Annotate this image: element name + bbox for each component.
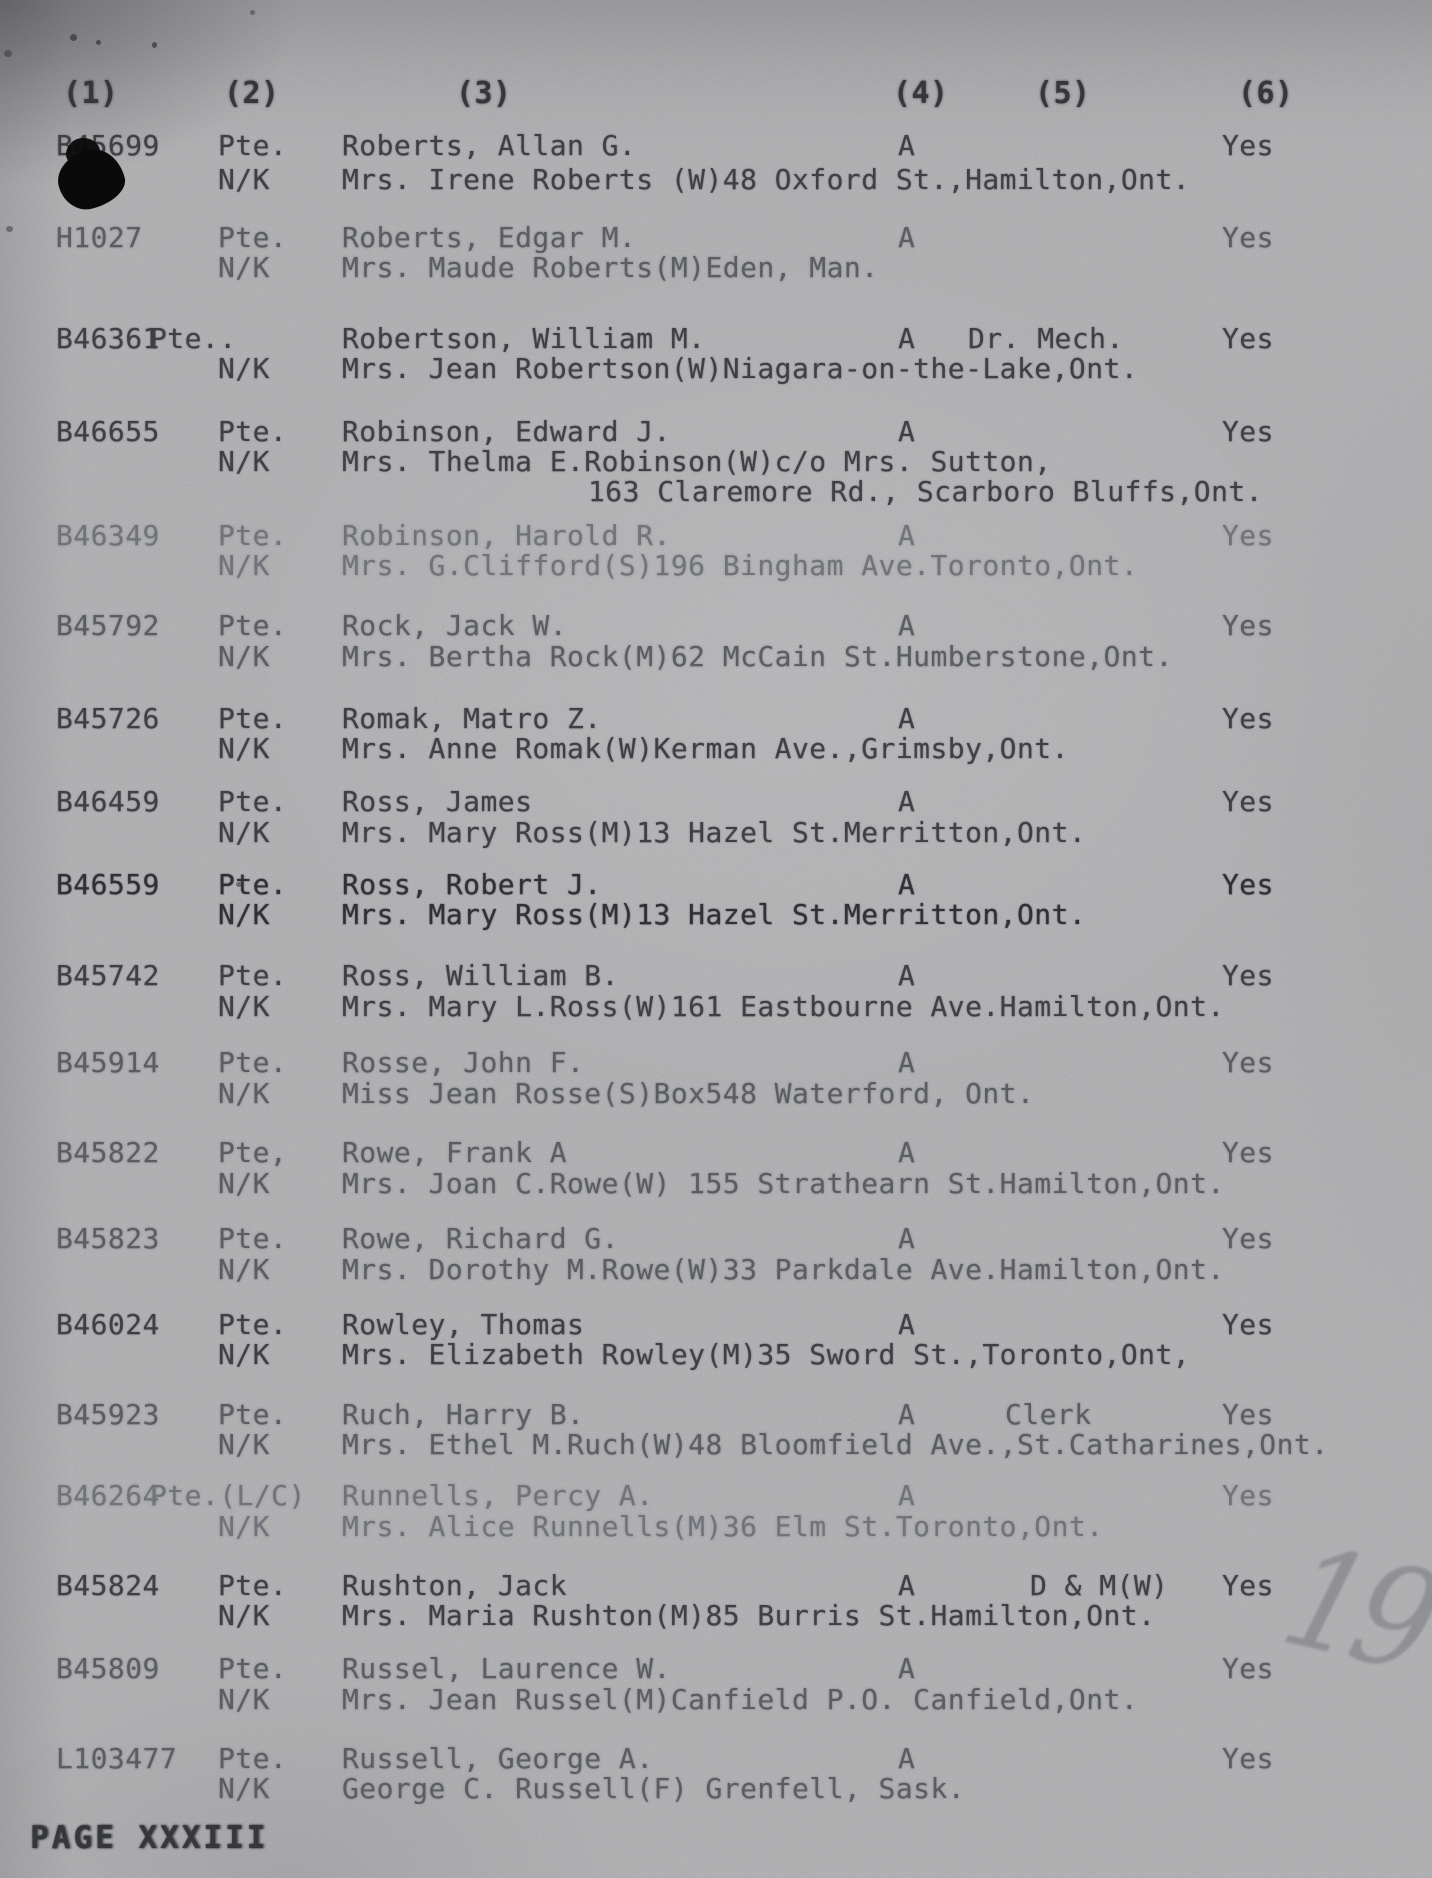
next-of-kin-address: Mrs. Joan C.Rowe(W) 155 Strathearn St.Ha… <box>342 1168 1225 1200</box>
next-of-kin-label: N/K <box>218 164 270 196</box>
next-of-kin-label: N/K <box>218 1511 270 1543</box>
overseas-flag: Yes <box>1222 1047 1274 1079</box>
name: Robertson, William M. <box>342 323 705 355</box>
column-header: (5) <box>1035 78 1091 110</box>
category: A <box>898 869 915 901</box>
category: A <box>898 1309 915 1341</box>
service-number: H1027 <box>56 222 143 254</box>
name: Rowley, Thomas <box>342 1309 584 1341</box>
next-of-kin-address: Mrs. Mary Ross(M)13 Hazel St.Merritton,O… <box>342 817 1086 849</box>
next-of-kin-address: Mrs. Alice Runnells(M)36 Elm St.Toronto,… <box>342 1511 1104 1543</box>
category: A <box>898 1137 915 1169</box>
category: A <box>898 222 915 254</box>
rank: Pte. <box>218 520 287 552</box>
overseas-flag: Yes <box>1222 1743 1274 1775</box>
next-of-kin-address: Mrs. Irene Roberts (W)48 Oxford St.,Hami… <box>342 164 1190 196</box>
scanned-roster-page: (1)(2)(3)(4)(5)(6) B45699Pte.Roberts, Al… <box>0 0 1432 1878</box>
name: Roberts, Allan G. <box>342 130 636 162</box>
service-number: B45822 <box>56 1137 160 1169</box>
service-number: B46361 <box>56 323 160 355</box>
name: Robinson, Harold R. <box>342 520 671 552</box>
overseas-flag: Yes <box>1222 869 1274 901</box>
name: Rushton, Jack <box>342 1570 567 1602</box>
rank: Pte. <box>218 130 287 162</box>
overseas-flag: Yes <box>1222 1309 1274 1341</box>
next-of-kin-label: N/K <box>218 991 270 1023</box>
rank: Pte. <box>218 1653 287 1685</box>
next-of-kin-label: N/K <box>218 1078 270 1110</box>
paper-speck <box>70 34 77 41</box>
column-header: (2) <box>224 78 280 110</box>
category: A <box>898 323 915 355</box>
paper-speck <box>152 42 157 48</box>
next-of-kin-address: Mrs. Anne Romak(W)Kerman Ave.,Grimsby,On… <box>342 733 1069 765</box>
next-of-kin-label: N/K <box>218 1429 270 1461</box>
rank: Pte. <box>218 416 287 448</box>
paper-speck <box>4 50 12 57</box>
service-number: B45914 <box>56 1047 160 1079</box>
rank: Pte. <box>218 786 287 818</box>
next-of-kin-label: N/K <box>218 641 270 673</box>
name: Ruch, Harry B. <box>342 1399 584 1431</box>
service-number: B45792 <box>56 610 160 642</box>
name: Roberts, Edgar M. <box>342 222 636 254</box>
rank: Pte.. <box>150 323 237 355</box>
rank: Pte. <box>218 1047 287 1079</box>
name: Runnells, Percy A. <box>342 1480 654 1512</box>
category: A <box>898 1480 915 1512</box>
next-of-kin-label: N/K <box>218 446 270 478</box>
overseas-flag: Yes <box>1222 610 1274 642</box>
overseas-flag: Yes <box>1222 130 1274 162</box>
service-number: B45742 <box>56 960 160 992</box>
service-number: B46459 <box>56 786 160 818</box>
next-of-kin-address: Mrs. Mary L.Ross(W)161 Eastbourne Ave.Ha… <box>342 991 1225 1023</box>
service-number: B45809 <box>56 1653 160 1685</box>
name: Robinson, Edward J. <box>342 416 671 448</box>
overseas-flag: Yes <box>1222 416 1274 448</box>
trade: Clerk <box>1005 1399 1092 1431</box>
service-number: B46559 <box>56 869 160 901</box>
column-header: (6) <box>1238 78 1294 110</box>
service-number: B46264 <box>56 1480 160 1512</box>
rank: Pte. <box>218 703 287 735</box>
rank: Pte. <box>218 1743 287 1775</box>
service-number: B46024 <box>56 1309 160 1341</box>
overseas-flag: Yes <box>1222 1223 1274 1255</box>
next-of-kin-label: N/K <box>218 1339 270 1371</box>
next-of-kin-label: N/K <box>218 252 270 284</box>
category: A <box>898 703 915 735</box>
next-of-kin-label: N/K <box>218 353 270 385</box>
overseas-flag: Yes <box>1222 703 1274 735</box>
rank: Pte, <box>218 1137 287 1169</box>
column-header: (1) <box>63 78 119 110</box>
overseas-flag: Yes <box>1222 1137 1274 1169</box>
service-number: B45824 <box>56 1570 160 1602</box>
name: Russell, George A. <box>342 1743 654 1775</box>
category: A <box>898 520 915 552</box>
column-header: (4) <box>893 78 949 110</box>
category: A <box>898 130 915 162</box>
category: A <box>898 610 915 642</box>
column-header: (3) <box>456 78 512 110</box>
overseas-flag: Yes <box>1222 1480 1274 1512</box>
next-of-kin-label: N/K <box>218 1600 270 1632</box>
rank: Pte. <box>218 960 287 992</box>
name: Russel, Laurence W. <box>342 1653 671 1685</box>
trade: D & M(W) <box>1030 1570 1168 1602</box>
category: A <box>898 416 915 448</box>
paper-speck <box>6 226 13 232</box>
service-number: B45726 <box>56 703 160 735</box>
overseas-flag: Yes <box>1222 1399 1274 1431</box>
next-of-kin-address: Mrs. Dorothy M.Rowe(W)33 Parkdale Ave.Ha… <box>342 1254 1225 1286</box>
service-number: B45923 <box>56 1399 160 1431</box>
next-of-kin-address: Mrs. Maria Rushton(M)85 Burris St.Hamilt… <box>342 1600 1155 1632</box>
overseas-flag: Yes <box>1222 786 1274 818</box>
next-of-kin-address: Mrs. Jean Robertson(W)Niagara-on-the-Lak… <box>342 353 1138 385</box>
next-of-kin-address: Mrs. Jean Russel(M)Canfield P.O. Canfiel… <box>342 1684 1138 1716</box>
rank: Pte. <box>218 610 287 642</box>
category: A <box>898 1047 915 1079</box>
next-of-kin-label: N/K <box>218 733 270 765</box>
rank: Pte. <box>218 222 287 254</box>
next-of-kin-label: N/K <box>218 1773 270 1805</box>
next-of-kin-label: N/K <box>218 1168 270 1200</box>
category: A <box>898 1743 915 1775</box>
rank: Pte. <box>218 869 287 901</box>
category: A <box>898 960 915 992</box>
next-of-kin-address: Mrs. Ethel M.Ruch(W)48 Bloomfield Ave.,S… <box>342 1429 1329 1461</box>
next-of-kin-address: Mrs. Elizabeth Rowley(M)35 Sword St.,Tor… <box>342 1339 1190 1371</box>
service-number: B46655 <box>56 416 160 448</box>
name: Romak, Matro Z. <box>342 703 602 735</box>
rank: Pte. <box>218 1309 287 1341</box>
name: Rowe, Frank A <box>342 1137 567 1169</box>
next-of-kin-label: N/K <box>218 817 270 849</box>
typewritten-text-layer: (1)(2)(3)(4)(5)(6) B45699Pte.Roberts, Al… <box>0 0 1432 1878</box>
service-number: B45823 <box>56 1223 160 1255</box>
category: A <box>898 1570 915 1602</box>
overseas-flag: Yes <box>1222 323 1274 355</box>
paper-speck <box>250 10 255 15</box>
service-number: B46349 <box>56 520 160 552</box>
name: Ross, James <box>342 786 532 818</box>
rank: Pte.(L/C) <box>150 1480 306 1512</box>
category: A <box>898 786 915 818</box>
name: Rosse, John F. <box>342 1047 584 1079</box>
next-of-kin-label: N/K <box>218 1684 270 1716</box>
next-of-kin-address: George C. Russell(F) Grenfell, Sask. <box>342 1773 965 1805</box>
next-of-kin-address: Mrs. G.Clifford(S)196 Bingham Ave.Toront… <box>342 550 1138 582</box>
next-of-kin-address: Mrs. Thelma E.Robinson(W)c/o Mrs. Sutton… <box>342 446 1052 478</box>
category: A <box>898 1399 915 1431</box>
paper-speck <box>236 882 242 887</box>
paper-speck <box>96 40 101 45</box>
next-of-kin-label: N/K <box>218 550 270 582</box>
category: A <box>898 1223 915 1255</box>
overseas-flag: Yes <box>1222 1653 1274 1685</box>
overseas-flag: Yes <box>1222 960 1274 992</box>
rank: Pte. <box>218 1223 287 1255</box>
next-of-kin-label: N/K <box>218 899 270 931</box>
next-of-kin-address: Mrs. Mary Ross(M)13 Hazel St.Merritton,O… <box>342 899 1086 931</box>
overseas-flag: Yes <box>1222 222 1274 254</box>
rank: Pte. <box>218 1399 287 1431</box>
next-of-kin-label: N/K <box>218 1254 270 1286</box>
next-of-kin-address-line2: 163 Claremore Rd., Scarboro Bluffs,Ont. <box>588 476 1263 508</box>
service-number: L103477 <box>56 1743 177 1775</box>
category: A <box>898 1653 915 1685</box>
name: Rock, Jack W. <box>342 610 567 642</box>
overseas-flag: Yes <box>1222 520 1274 552</box>
name: Ross, Robert J. <box>342 869 602 901</box>
name: Ross, William B. <box>342 960 619 992</box>
next-of-kin-address: Mrs. Bertha Rock(M)62 McCain St.Humberst… <box>342 641 1173 673</box>
next-of-kin-address: Mrs. Maude Roberts(M)Eden, Man. <box>342 252 879 284</box>
trade: Dr. Mech. <box>968 323 1124 355</box>
overseas-flag: Yes <box>1222 1570 1274 1602</box>
next-of-kin-address: Miss Jean Rosse(S)Box548 Waterford, Ont. <box>342 1078 1034 1110</box>
ink-blot-smudge <box>66 138 100 168</box>
page-footer: PAGE XXXIII <box>30 1822 268 1854</box>
name: Rowe, Richard G. <box>342 1223 619 1255</box>
rank: Pte. <box>218 1570 287 1602</box>
